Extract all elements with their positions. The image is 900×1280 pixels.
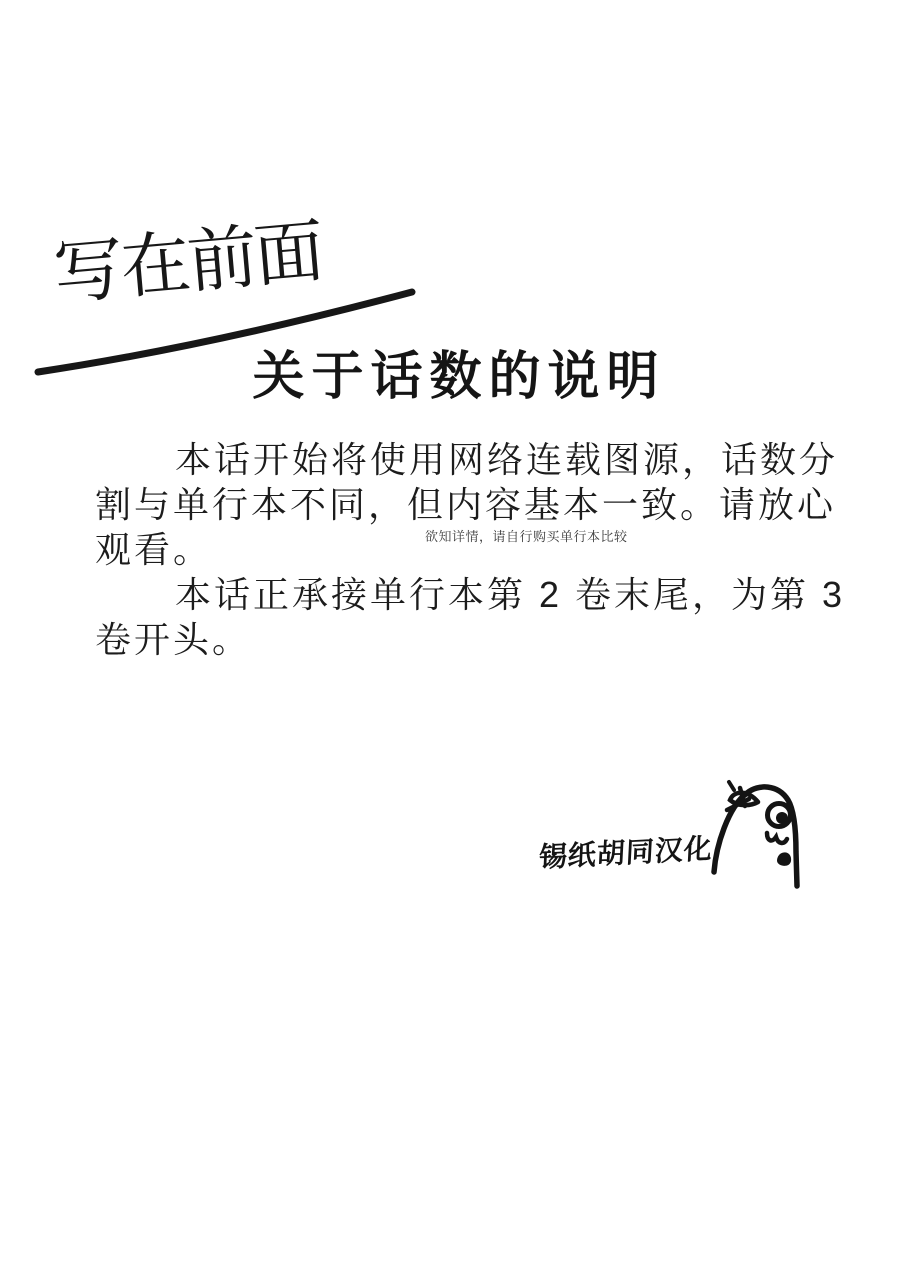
- footnote-text: 欲知详情，请自行购买单行本比较: [425, 526, 628, 545]
- paragraph1-line1: 本话开始将使用网络连载图源，话数分: [95, 437, 815, 482]
- paragraph2-line1: 本话正承接单行本第 2 卷末尾，为第 3: [95, 572, 815, 617]
- notice-body: 本话开始将使用网络连载图源，话数分 割与单行本不同，但内容基本一致。请放心 观看…: [95, 437, 815, 662]
- notice-page: 写在前面 关于话数的说明 本话开始将使用网络连载图源，话数分 割与单行本不同，但…: [0, 0, 900, 1280]
- paragraph2-line2: 卷开头。: [95, 617, 815, 662]
- bird-doodle-icon: [688, 772, 813, 894]
- paragraph1-line2: 割与单行本不同，但内容基本一致。请放心: [95, 482, 815, 527]
- page-title: 关于话数的说明: [0, 334, 900, 409]
